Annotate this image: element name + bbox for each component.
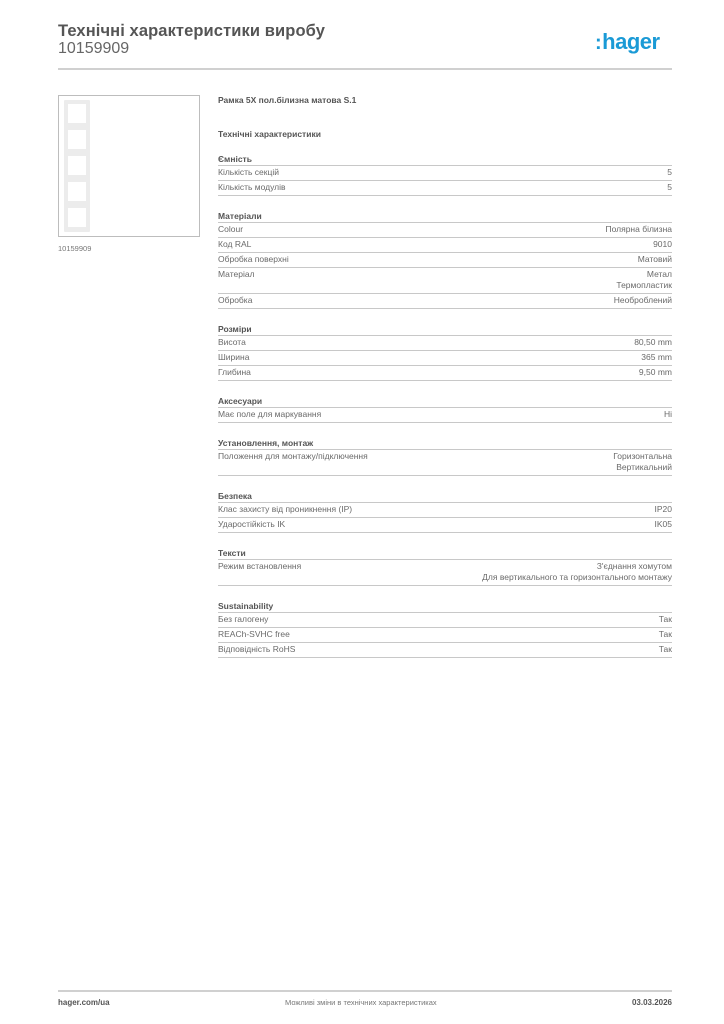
spec-row: Відповідність RoHSТак (218, 643, 672, 658)
spec-row: Код RAL9010 (218, 238, 672, 253)
spec-row: REACh-SVHC freeТак (218, 628, 672, 643)
spec-value: 9,50 mm (639, 367, 672, 378)
spec-group: БезпекаКлас захисту від проникнення (IP)… (218, 490, 672, 533)
spec-value: Ні (664, 409, 672, 420)
frame-cell (68, 156, 86, 175)
frame-5-gang-image-icon (64, 100, 90, 232)
spec-group: АксесуариМає поле для маркуванняНі (218, 395, 672, 423)
footer-date: 03.03.2026 (632, 998, 672, 1007)
section-title: Технічні характеристики (218, 129, 672, 141)
frame-cell (68, 104, 86, 123)
spec-row: Кількість секцій5 (218, 166, 672, 181)
spec-label: Глибина (218, 367, 639, 378)
spec-row: Кількість модулів5 (218, 181, 672, 196)
spec-label: Має поле для маркування (218, 409, 664, 420)
spec-row: МатеріалМетал Термопластик (218, 268, 672, 294)
spec-label: Код RAL (218, 239, 653, 250)
spec-value: 80,50 mm (634, 337, 672, 348)
frame-cell (68, 130, 86, 149)
group-title: Установлення, монтаж (218, 437, 672, 450)
spec-row: Глибина9,50 mm (218, 366, 672, 381)
spec-label: Ударостійкість IK (218, 519, 655, 530)
frame-cell (68, 182, 86, 201)
spec-row: Ударостійкість IKIK05 (218, 518, 672, 533)
product-code: 10159909 (58, 40, 129, 58)
spec-group: РозміриВисота80,50 mmШирина365 mmГлибина… (218, 323, 672, 381)
product-image (58, 95, 200, 237)
spec-group: SustainabilityБез галогенуТакREACh-SVHC … (218, 600, 672, 658)
spec-row: Режим встановленняЗ'єднання хомутом Для … (218, 560, 672, 586)
spec-group: Установлення, монтажПоложення для монтаж… (218, 437, 672, 476)
spec-value: Горизонтальна Вертикальний (613, 451, 672, 473)
spec-row: Має поле для маркуванняНі (218, 408, 672, 423)
spec-label: Кількість модулів (218, 182, 667, 193)
spec-row: Клас захисту від проникнення (IP)IP20 (218, 503, 672, 518)
spec-label: Режим встановлення (218, 561, 482, 583)
document-title: Технічні характеристики виробу (58, 22, 325, 41)
spec-label: Обробка (218, 295, 614, 306)
spec-row: ColourПолярна білизна (218, 223, 672, 238)
specifications: Рамка 5X пол.білизна матова S.1 Технічні… (218, 95, 672, 658)
spec-row: Ширина365 mm (218, 351, 672, 366)
image-caption: 10159909 (58, 244, 91, 253)
spec-group: ЄмністьКількість секцій5Кількість модулі… (218, 153, 672, 196)
header-divider (58, 68, 672, 70)
group-title: Аксесуари (218, 395, 672, 408)
spec-value: IK05 (655, 519, 673, 530)
spec-value: IP20 (655, 504, 673, 515)
spec-value: З'єднання хомутом Для вертикального та г… (482, 561, 672, 583)
spec-label: REACh-SVHC free (218, 629, 659, 640)
spec-group: ТекстиРежим встановленняЗ'єднання хомуто… (218, 547, 672, 586)
spec-label: Ширина (218, 352, 641, 363)
spec-label: Висота (218, 337, 634, 348)
hager-logo: :hager (595, 29, 660, 55)
spec-value: Так (659, 614, 672, 625)
spec-value: Метал Термопластик (616, 269, 672, 291)
spec-label: Обробка поверхні (218, 254, 638, 265)
spec-label: Клас захисту від проникнення (IP) (218, 504, 655, 515)
footer-website-link[interactable]: hager.com/ua (58, 998, 110, 1007)
group-title: Розміри (218, 323, 672, 336)
spec-groups: ЄмністьКількість секцій5Кількість модулі… (218, 153, 672, 658)
spec-row: Без галогенуТак (218, 613, 672, 628)
spec-value: Матовий (638, 254, 672, 265)
spec-row: Висота80,50 mm (218, 336, 672, 351)
group-title: Тексти (218, 547, 672, 560)
group-title: Sustainability (218, 600, 672, 613)
spec-row: Обробка поверхніМатовий (218, 253, 672, 268)
spec-group: МатеріалиColourПолярна білизнаКод RAL901… (218, 210, 672, 309)
spec-label: Colour (218, 224, 605, 235)
footer-disclaimer: Можливі зміни в технічних характеристика… (285, 998, 437, 1007)
product-name: Рамка 5X пол.білизна матова S.1 (218, 95, 672, 107)
spec-label: Кількість секцій (218, 167, 667, 178)
spec-value: 5 (667, 167, 672, 178)
spec-label: Без галогену (218, 614, 659, 625)
group-title: Матеріали (218, 210, 672, 223)
logo-prefix: : (595, 32, 601, 54)
spec-value: 365 mm (641, 352, 672, 363)
spec-label: Відповідність RoHS (218, 644, 659, 655)
spec-row: ОбробкаНеоброблений (218, 294, 672, 309)
group-title: Безпека (218, 490, 672, 503)
spec-row: Положення для монтажу/підключенняГоризон… (218, 450, 672, 476)
spec-value: Так (659, 644, 672, 655)
spec-value: Полярна білизна (605, 224, 672, 235)
spec-value: Необроблений (614, 295, 672, 306)
spec-value: 9010 (653, 239, 672, 250)
spec-value: Так (659, 629, 672, 640)
spec-label: Положення для монтажу/підключення (218, 451, 613, 473)
spec-label: Матеріал (218, 269, 616, 291)
frame-cell (68, 208, 86, 227)
spec-value: 5 (667, 182, 672, 193)
group-title: Ємність (218, 153, 672, 166)
footer-divider (58, 990, 672, 992)
logo-text: hager (602, 29, 659, 54)
